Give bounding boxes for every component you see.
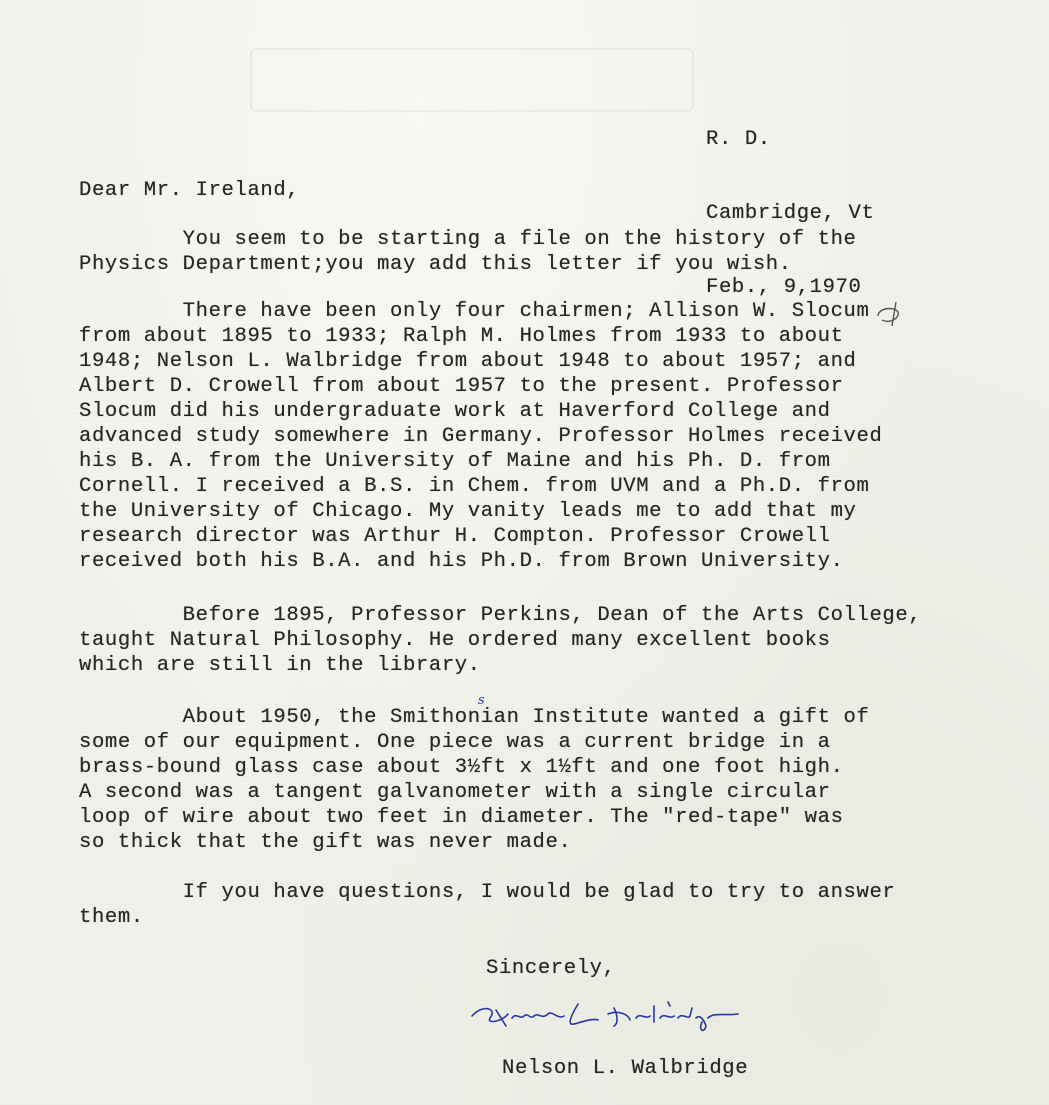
letterhead-bleed-through — [250, 48, 694, 112]
letter-line: research director was Arthur H. Compton.… — [79, 524, 882, 549]
letter-line: 1948; Nelson L. Walbridge from about 194… — [79, 349, 882, 374]
letter-line: A second was a tangent galvanometer with… — [79, 780, 869, 805]
handwritten-circle-annotation — [872, 298, 912, 328]
letter-line: Physics Department;you may add this lett… — [79, 252, 857, 277]
paragraph-2: There have been only four chairmen; Alli… — [79, 299, 882, 574]
letter-line: received both his B.A. and his Ph.D. fro… — [79, 549, 882, 574]
address-line-1: R. D. — [706, 127, 874, 151]
typed-signature-name: Nelson L. Walbridge — [502, 1056, 748, 1081]
letter-line: advanced study somewhere in Germany. Pro… — [79, 424, 882, 449]
letter-line: brass-bound glass case about 3½ft x 1½ft… — [79, 755, 869, 780]
paragraph-1: You seem to be starting a file on the hi… — [79, 227, 857, 277]
letter-line: so thick that the gift was never made. — [79, 830, 869, 855]
letter-line: If you have questions, I would be glad t… — [79, 880, 895, 905]
paragraph-5: If you have questions, I would be glad t… — [79, 880, 895, 930]
letter-line: You seem to be starting a file on the hi… — [79, 227, 857, 252]
letter-line: Slocum did his undergraduate work at Hav… — [79, 399, 882, 424]
handwritten-signature — [468, 990, 768, 1040]
letter-line: taught Natural Philosophy. He ordered ma… — [79, 628, 921, 653]
letter-line: which are still in the library. — [79, 653, 921, 678]
letter-line: the University of Chicago. My vanity lea… — [79, 499, 882, 524]
sender-address: R. D. Cambridge, Vt Feb., 9,1970 — [706, 77, 874, 324]
letter-line: Albert D. Crowell from about 1957 to the… — [79, 374, 882, 399]
letter-line: them. — [79, 905, 895, 930]
handwritten-s-correction: s — [478, 693, 485, 708]
letter-line: Cornell. I received a B.S. in Chem. from… — [79, 474, 882, 499]
letter-line: loop of wire about two feet in diameter.… — [79, 805, 869, 830]
closing: Sincerely, — [486, 956, 616, 981]
salutation: Dear Mr. Ireland, — [79, 178, 299, 203]
letter-line: There have been only four chairmen; Alli… — [79, 299, 882, 324]
address-line-2: Cambridge, Vt — [706, 201, 874, 225]
letter-line: from about 1895 to 1933; Ralph M. Holmes… — [79, 324, 882, 349]
paragraph-3: Before 1895, Professor Perkins, Dean of … — [79, 603, 921, 678]
letter-line: some of our equipment. One piece was a c… — [79, 730, 869, 755]
letter-line: Before 1895, Professor Perkins, Dean of … — [79, 603, 921, 628]
letter-line: About 1950, the Smithonian Institute wan… — [79, 705, 869, 730]
letter-line: his B. A. from the University of Maine a… — [79, 449, 882, 474]
letter-date: Feb., 9,1970 — [706, 275, 874, 299]
paragraph-4: About 1950, the Smithonian Institute wan… — [79, 705, 869, 855]
